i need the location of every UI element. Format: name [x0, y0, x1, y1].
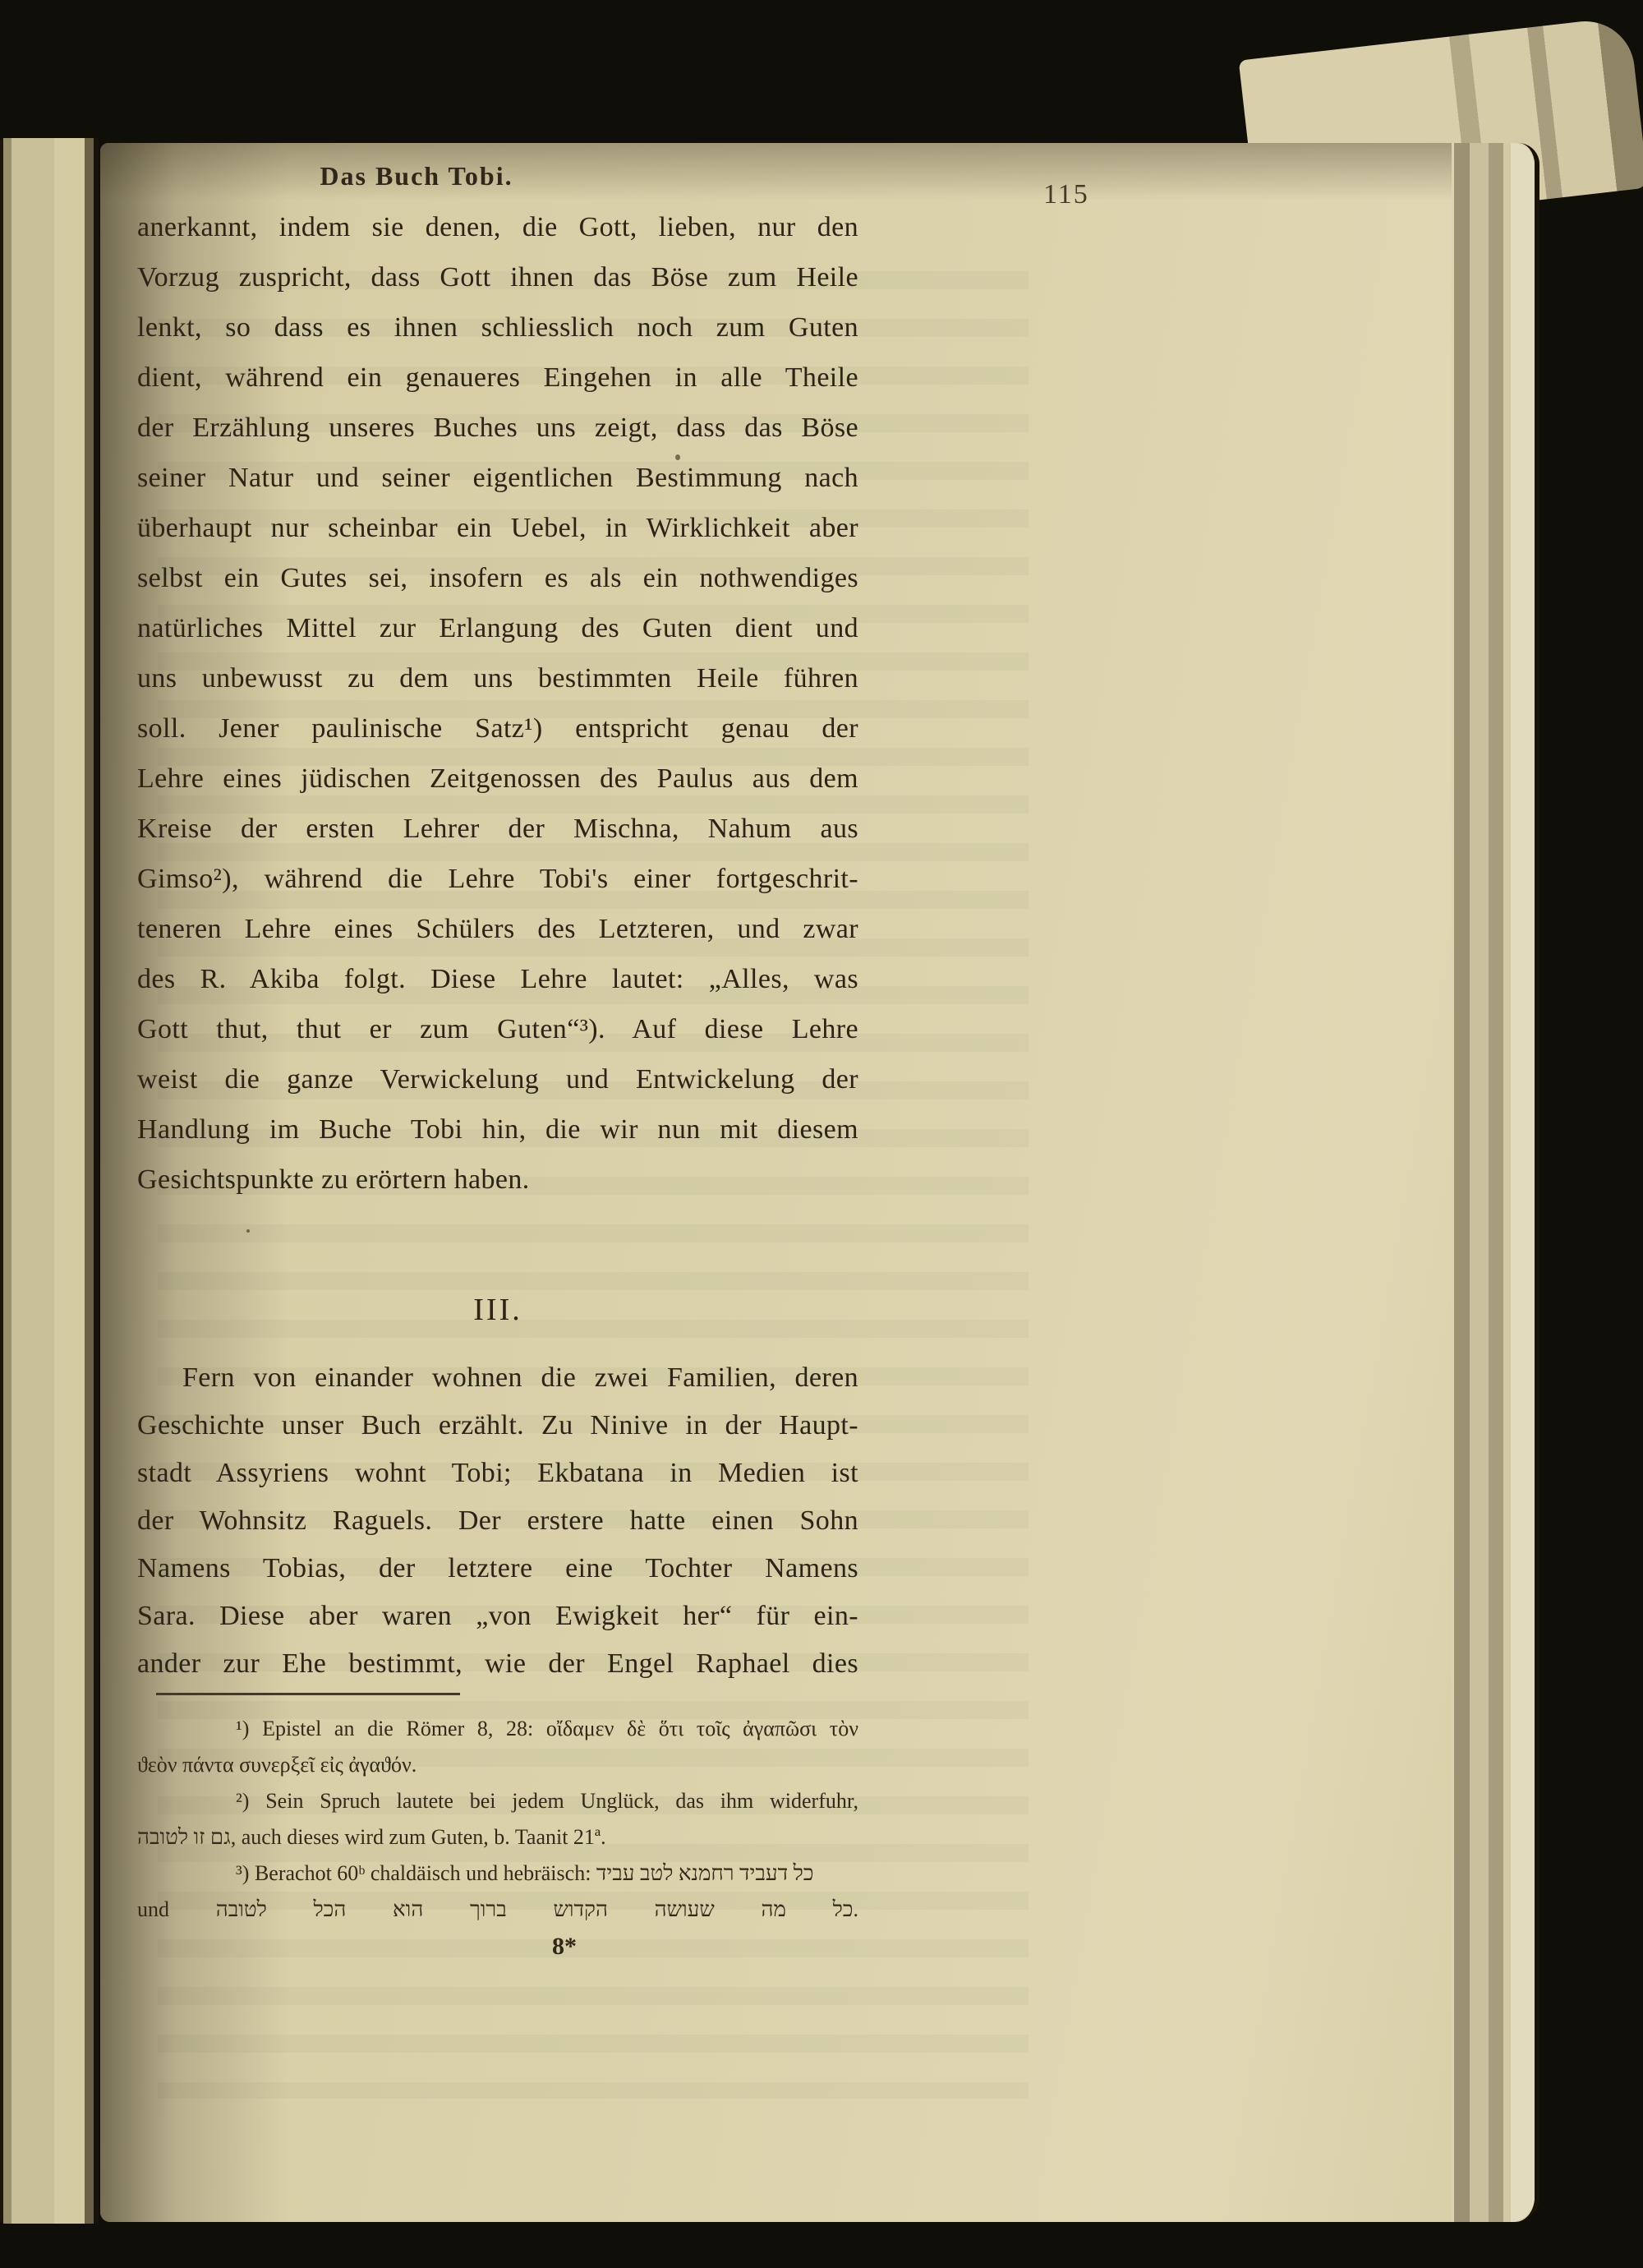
text-line: Gesichtspunkte zu erörtern haben. — [137, 1155, 858, 1205]
text-line: Vorzug zuspricht, dass Gott ihnen das Bö… — [137, 252, 858, 302]
footnotes: ¹) Epistel an die Römer 8, 28: οἴδαμεν δ… — [137, 1711, 858, 1928]
footnote-separator — [156, 1693, 460, 1695]
footnote-1-line-2: ϑεὸν πάντα συνερξεῖ εἰς ἀγαϑόν. — [137, 1747, 858, 1783]
signature-mark: 8* — [552, 1933, 577, 1961]
footnote-3-line-2: und כל מה שעושה הקדוש ברוך הוא הכל לטובה… — [137, 1892, 858, 1928]
paragraph-2: Fern von einander wohnen die zwei Famili… — [137, 1354, 858, 1688]
left-page-edge — [0, 138, 99, 2224]
text-line: Gott thut, thut er zum Guten“³). Auf die… — [137, 1004, 858, 1054]
text-line: lenkt, so dass es ihnen schliesslich noc… — [137, 302, 858, 353]
text-line: Namens Tobias, der letztere eine Tochter… — [137, 1545, 858, 1593]
page-number: 115 — [1043, 179, 1089, 210]
text-line: weist die ganze Verwickelung und Entwick… — [137, 1054, 858, 1104]
text-line: überhaupt nur scheinbar ein Uebel, in Wi… — [137, 503, 858, 553]
book-scan: Das Buch Tobi. 115 anerkannt, indem sie … — [0, 0, 1643, 2268]
text-line: Kreise der ersten Lehrer der Mischna, Na… — [137, 804, 858, 854]
text-line: natürliches Mittel zur Erlangung des Gut… — [137, 603, 858, 653]
text-line: Fern von einander wohnen die zwei Famili… — [137, 1354, 858, 1402]
text-line: Gimso²), während die Lehre Tobi's einer … — [137, 854, 858, 904]
footnote-3-line-1: ³) Berachot 60ᵇ chaldäisch und hebräisch… — [137, 1855, 858, 1892]
text-line: teneren Lehre eines Schülers des Letzter… — [137, 904, 858, 954]
text-line: soll. Jener paulinische Satz¹) entsprich… — [137, 703, 858, 754]
text-line: anerkannt, indem sie denen, die Gott, li… — [137, 202, 858, 252]
text-line: dient, während ein genaueres Eingehen in… — [137, 353, 858, 403]
text-line: der Erzählung unseres Buches uns zeigt, … — [137, 403, 858, 453]
text-line: des R. Akiba folgt. Diese Lehre lautet: … — [137, 954, 858, 1004]
text-line: seiner Natur und seiner eigentlichen Bes… — [137, 453, 858, 503]
text-line: Geschichte unser Buch erzählt. Zu Ninive… — [137, 1402, 858, 1450]
running-head: Das Buch Tobi. — [137, 161, 696, 191]
paper-speck — [246, 1229, 250, 1233]
text-line: selbst ein Gutes sei, insofern es als ei… — [137, 553, 858, 603]
text-line: Handlung im Buche Tobi hin, die wir nun … — [137, 1104, 858, 1155]
paragraph-1: anerkannt, indem sie denen, die Gott, li… — [137, 202, 858, 1205]
footnote-1-line-1: ¹) Epistel an die Römer 8, 28: οἴδαμεν δ… — [137, 1711, 858, 1747]
footnote-2-line-2: גם זו לטובה, auch dieses wird zum Guten,… — [137, 1819, 858, 1855]
text-line: Lehre eines jüdischen Zeitgenossen des P… — [137, 754, 858, 804]
section-heading: III. — [137, 1292, 858, 1328]
fore-edge-stripes — [1452, 143, 1535, 2222]
text-line: ander zur Ehe bestimmt, wie der Engel Ra… — [137, 1640, 858, 1688]
text-line: der Wohnsitz Raguels. Der erstere hatte … — [137, 1497, 858, 1545]
text-line: uns unbewusst zu dem uns bestimmten Heil… — [137, 653, 858, 703]
text-line: stadt Assyriens wohnt Tobi; Ekbatana in … — [137, 1450, 858, 1497]
footnote-2-line-1: ²) Sein Spruch lautete bei jedem Unglück… — [137, 1783, 858, 1819]
text-line: Sara. Diese aber waren „von Ewigkeit her… — [137, 1593, 858, 1640]
